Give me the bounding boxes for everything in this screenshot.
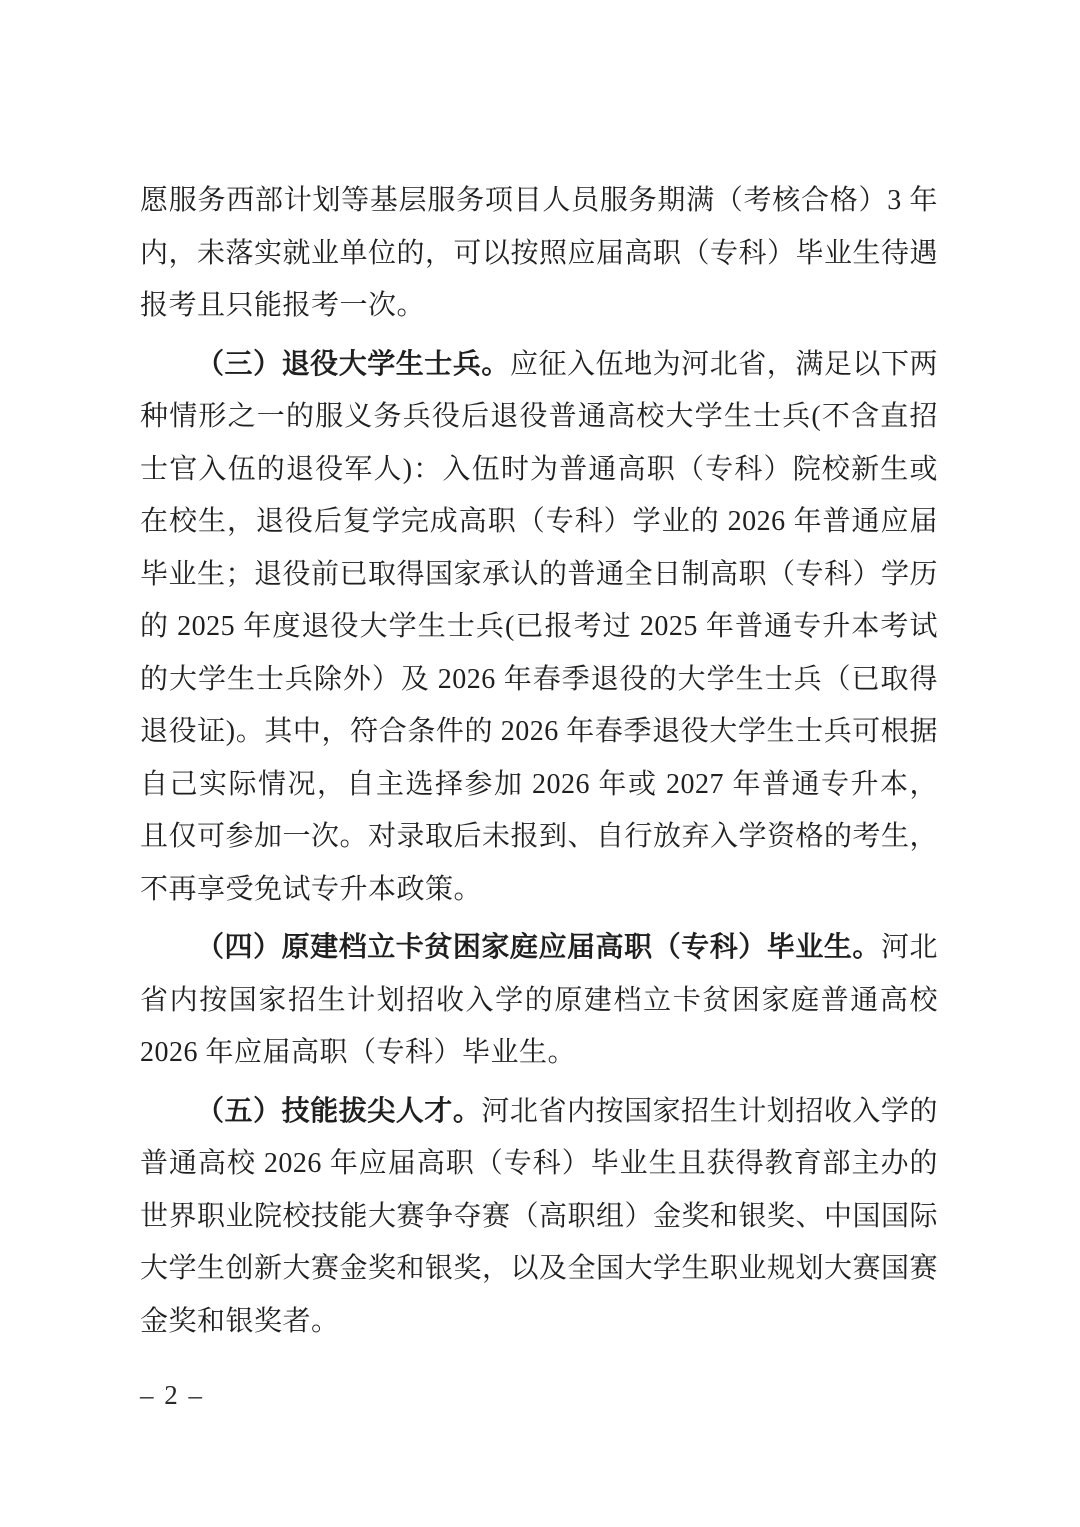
page-number: – 2 – [140, 1380, 204, 1410]
paragraph: （五）技能拔尖人才。河北省内按国家招生计划招收入学的普通高校 2026 年应届高… [140, 1086, 938, 1349]
paragraph-heading: （四）原建档立卡贫困家庭应届高职（专科）毕业生。 [196, 932, 881, 963]
paragraph: 愿服务西部计划等基层服务项目人员服务期满（考核合格）3 年内，未落实就业单位的，… [140, 175, 938, 333]
document-body: 愿服务西部计划等基层服务项目人员服务期满（考核合格）3 年内，未落实就业单位的，… [140, 175, 938, 1354]
paragraph: （三）退役大学生士兵。应征入伍地为河北省，满足以下两种情形之一的服义务兵役后退役… [140, 339, 938, 917]
paragraph-text: 河北省内按国家招生计划招收入学的普通高校 2026 年应届高职（专科）毕业生且获… [140, 1096, 938, 1337]
paragraph-heading: （三）退役大学生士兵。 [196, 349, 510, 380]
paragraph-heading: （五）技能拔尖人才。 [196, 1096, 481, 1127]
paragraph-text: 愿服务西部计划等基层服务项目人员服务期满（考核合格）3 年内，未落实就业单位的，… [140, 185, 938, 321]
paragraph: （四）原建档立卡贫困家庭应届高职（专科）毕业生。河北省内按国家招生计划招收入学的… [140, 922, 938, 1080]
document-page: 愿服务西部计划等基层服务项目人员服务期满（考核合格）3 年内，未落实就业单位的，… [0, 0, 1080, 1527]
paragraph-text: 应征入伍地为河北省，满足以下两种情形之一的服义务兵役后退役普通高校大学生士兵(不… [140, 349, 938, 905]
